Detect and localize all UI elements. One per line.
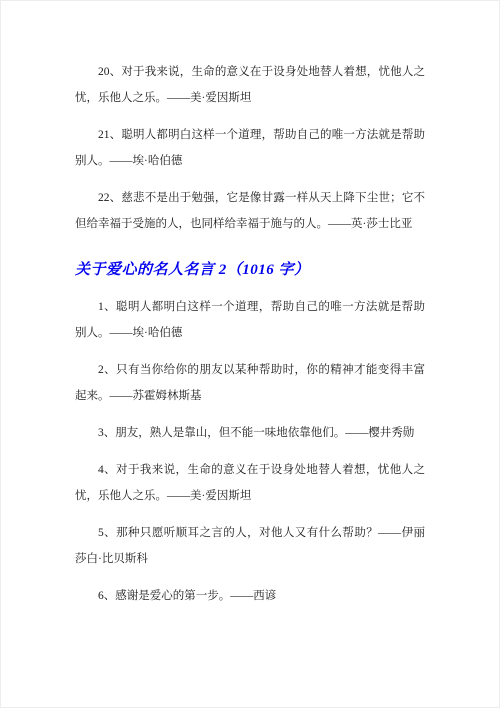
quote-number: 1、 — [98, 301, 116, 313]
quote-paragraph: 21、聪明人都明白这样一个道理，帮助自己的唯一方法就是帮助别人。——埃·哈伯德 — [75, 122, 425, 174]
quote-paragraph: 5、那种只愿听顺耳之言的人，对他人又有什么帮助？——伊丽莎白·比贝斯科 — [75, 520, 425, 572]
quote-text: 聪明人都明白这样一个道理，帮助自己的唯一方法就是帮助别人。——埃·哈伯德 — [75, 129, 425, 167]
quote-number: 3、 — [98, 427, 115, 439]
quote-paragraph: 1、聪明人都明白这样一个道理，帮助自己的唯一方法就是帮助别人。——埃·哈伯德 — [75, 294, 425, 346]
quote-paragraph: 2、只有当你给你的朋友以某种帮助时，你的精神才能变得丰富起来。——苏霍姆林斯基 — [75, 357, 425, 409]
quote-number: 22、 — [98, 192, 121, 204]
quote-text: 那种只愿听顺耳之言的人，对他人又有什么帮助？——伊丽莎白·比贝斯科 — [75, 527, 425, 565]
quote-number: 2、 — [98, 364, 116, 376]
quote-paragraph: 22、慈悲不是出于勉强，它是像甘露一样从天上降下尘世；它不但给幸福于受施的人，也… — [75, 185, 425, 237]
quote-paragraph: 4、对于我来说，生命的意义在于设身处地替人着想，忧他人之忧，乐他人之乐。——美·… — [75, 457, 425, 509]
quote-text: 朋友，熟人是靠山，但不能一味地依靠他们。——樱井秀勋 — [115, 427, 414, 439]
quote-number: 4、 — [98, 464, 116, 476]
quote-text: 感谢是爱心的第一步。——西谚 — [115, 590, 276, 602]
section-heading: 关于爱心的名人名言 2（1016 字） — [75, 257, 425, 283]
quote-number: 5、 — [98, 527, 116, 539]
quote-number: 20、 — [98, 66, 121, 78]
quote-paragraph: 20、对于我来说，生命的意义在于设身处地替人着想，忧他人之忧，乐他人之乐。——美… — [75, 59, 425, 111]
quote-text: 对于我来说，生命的意义在于设身处地替人着想，忧他人之忧，乐他人之乐。——美·爱因… — [75, 66, 425, 104]
quote-paragraph: 3、朋友，熟人是靠山，但不能一味地依靠他们。——樱井秀勋 — [75, 420, 425, 446]
quote-number: 21、 — [98, 129, 121, 141]
quote-text: 只有当你给你的朋友以某种帮助时，你的精神才能变得丰富起来。——苏霍姆林斯基 — [75, 364, 425, 402]
quote-text: 对于我来说，生命的意义在于设身处地替人着想，忧他人之忧，乐他人之乐。——美·爱因… — [75, 464, 425, 502]
quote-number: 6、 — [98, 590, 115, 602]
quote-text: 聪明人都明白这样一个道理，帮助自己的唯一方法就是帮助别人。——埃·哈伯德 — [75, 301, 425, 339]
quote-paragraph: 6、感谢是爱心的第一步。——西谚 — [75, 583, 425, 609]
document-page: 20、对于我来说，生命的意义在于设身处地替人着想，忧他人之忧，乐他人之乐。——美… — [0, 0, 500, 708]
quote-text: 慈悲不是出于勉强，它是像甘露一样从天上降下尘世；它不但给幸福于受施的人，也同样给… — [75, 192, 425, 230]
